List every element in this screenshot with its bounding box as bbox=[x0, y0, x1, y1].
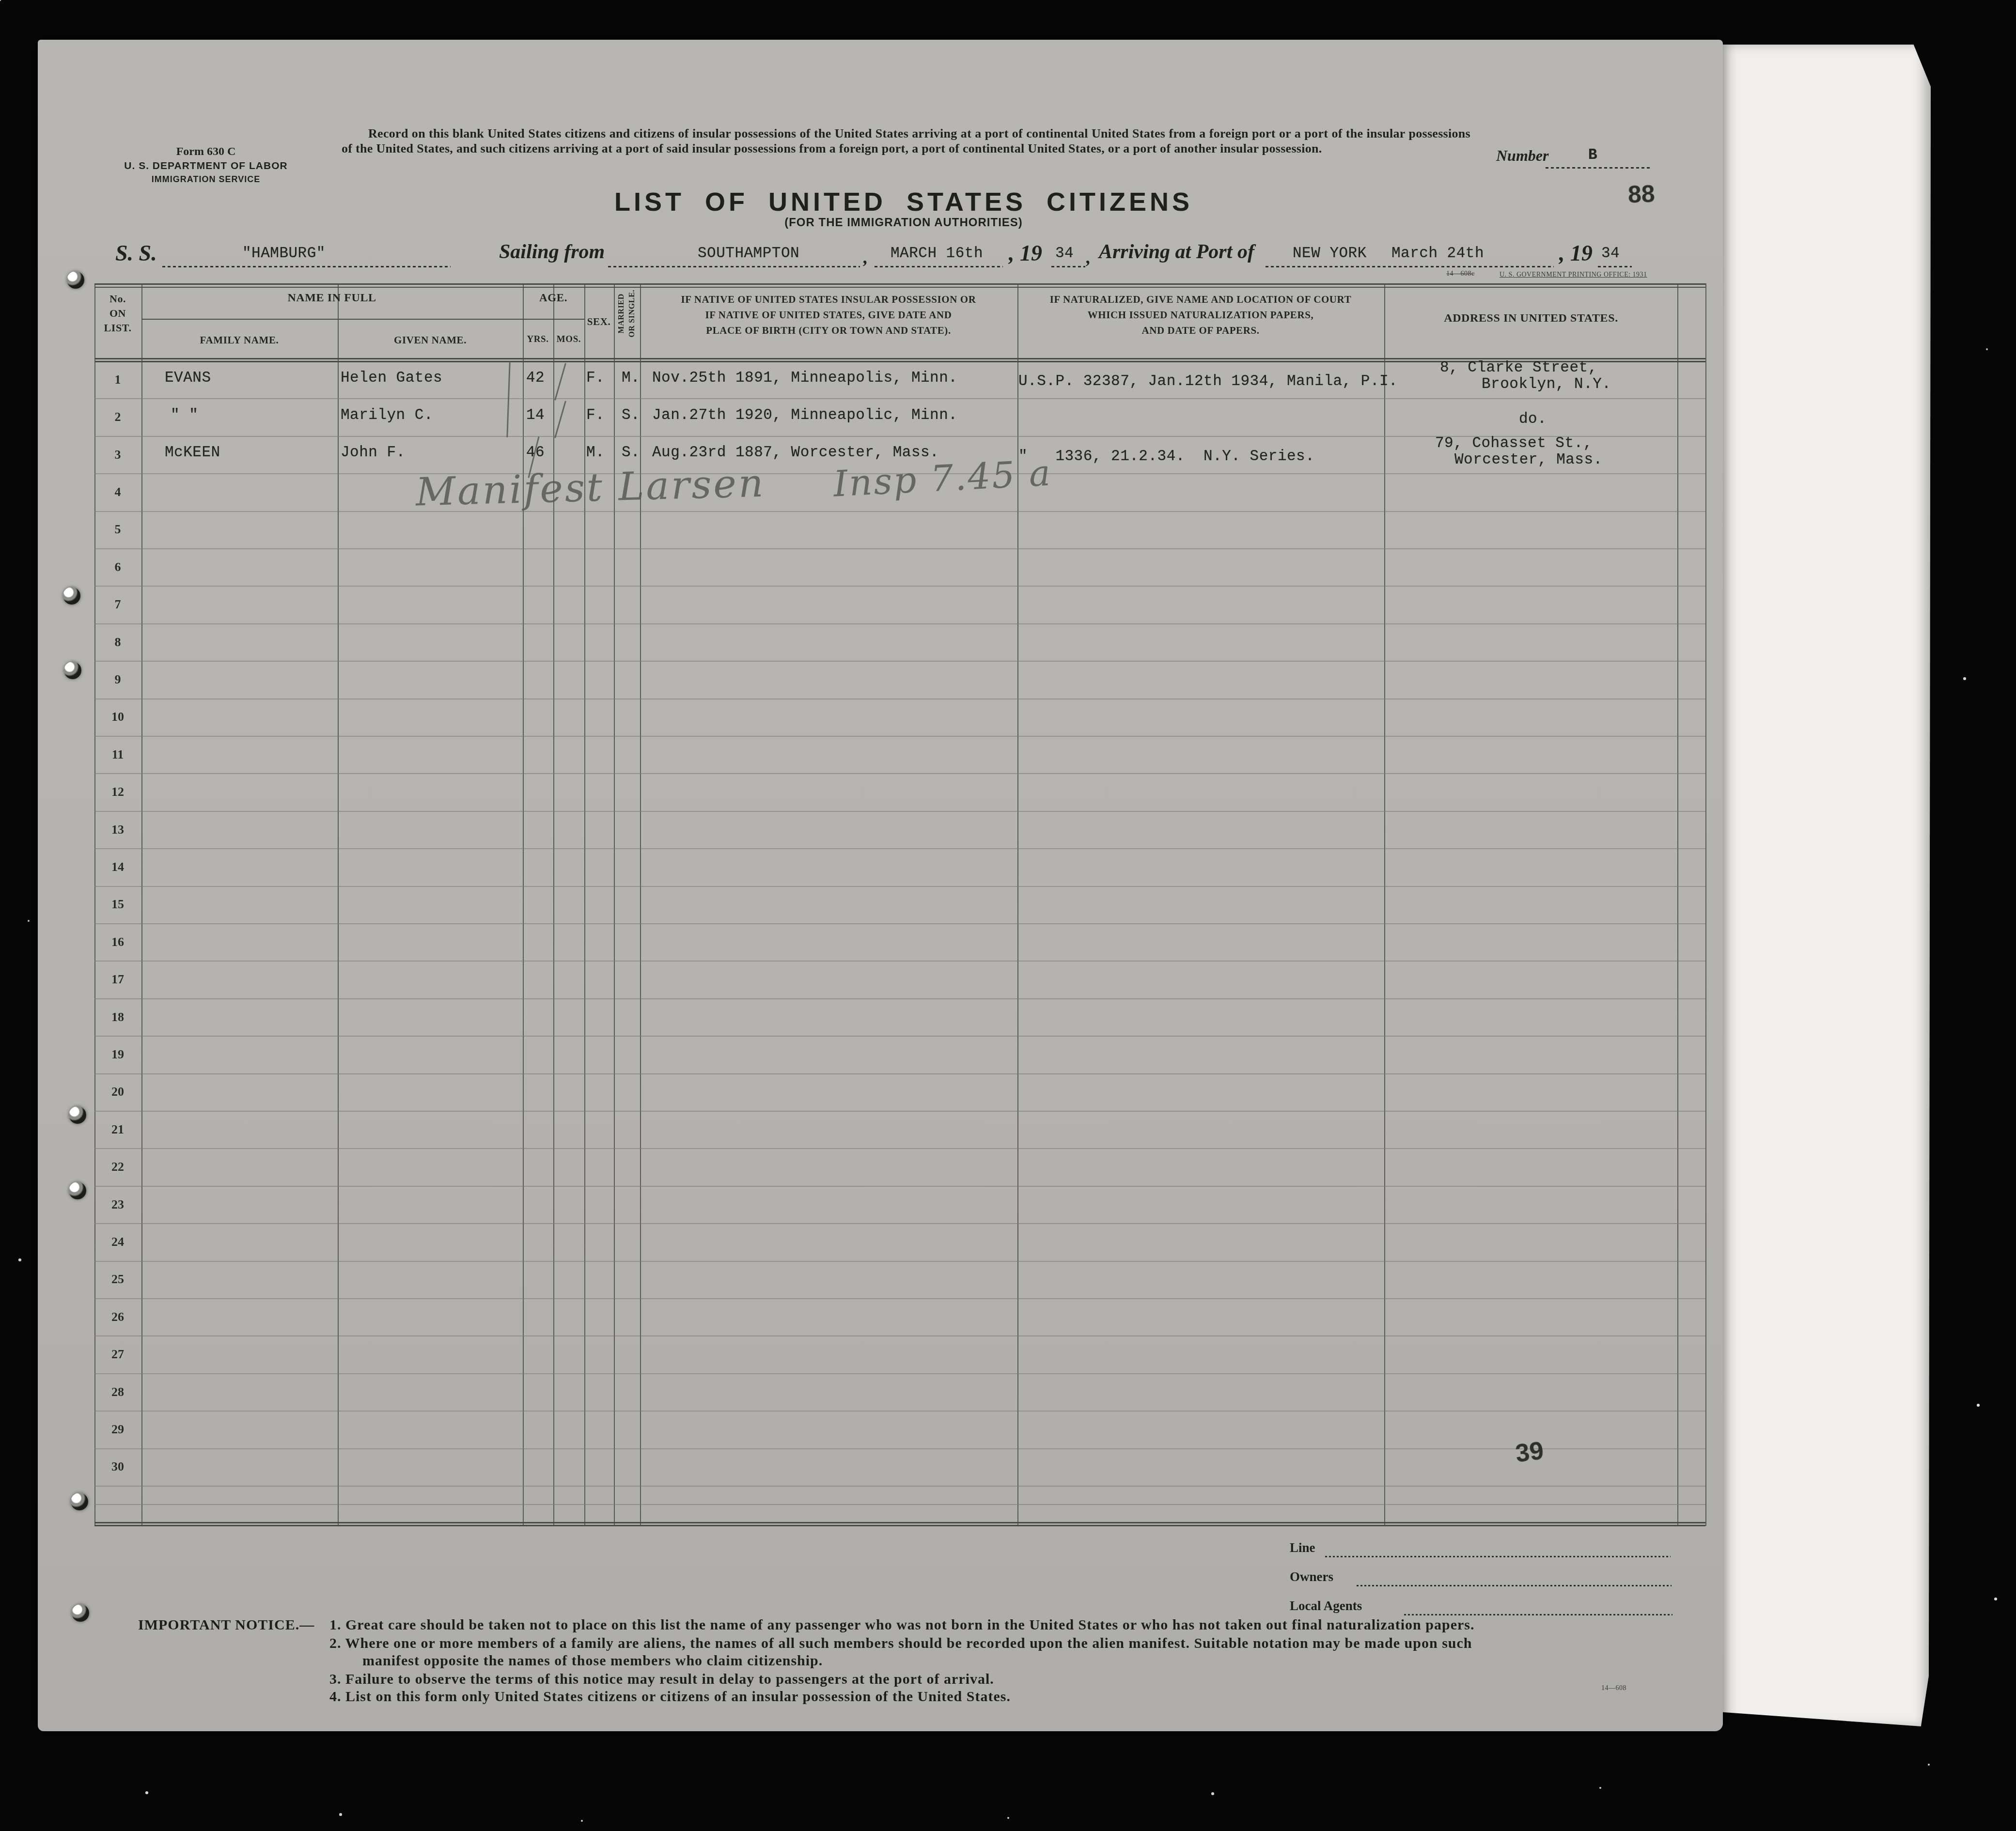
sailing-date-line bbox=[875, 266, 1003, 267]
row-number-2: 2 bbox=[115, 410, 121, 424]
instructions-paragraph: Record on this blank United States citiz… bbox=[342, 126, 1470, 156]
table-rule-4 bbox=[94, 1522, 1705, 1523]
row-number-14: 14 bbox=[111, 860, 124, 874]
local-agents-field-dotted bbox=[1404, 1614, 1672, 1615]
sailing-year: 34 bbox=[1055, 245, 1074, 262]
col-header-name-in-full: NAME IN FULL bbox=[287, 292, 376, 305]
row-number-8: 8 bbox=[115, 635, 121, 650]
arrival-year: 34 bbox=[1601, 245, 1620, 262]
year-printed-2: , 19 bbox=[1559, 240, 1593, 266]
col-header-no-2: ON bbox=[109, 307, 126, 320]
number-dotted-line bbox=[1546, 167, 1650, 169]
col-line-10 bbox=[1677, 283, 1678, 1526]
col-header-family-name: FAMILY NAME. bbox=[200, 334, 279, 346]
row-number-4: 4 bbox=[115, 485, 121, 499]
line-field-dotted bbox=[1325, 1556, 1671, 1557]
row-number-24: 24 bbox=[111, 1235, 124, 1249]
row-rule-15 bbox=[94, 923, 1705, 924]
p3-married-single: S. bbox=[622, 444, 640, 461]
p1-sex: F. bbox=[586, 370, 605, 387]
col-header-age: AGE. bbox=[539, 292, 567, 304]
number-value: B bbox=[1588, 147, 1597, 164]
col-line-0 bbox=[94, 283, 95, 1526]
p3-birth: Aug.23rd 1887, Worcester, Mass. bbox=[652, 444, 939, 461]
notice-item-2: 2. Where one or more members of a family… bbox=[329, 1635, 1472, 1652]
notice-item-1: 1. Great care should be taken not to pla… bbox=[329, 1617, 1474, 1633]
row-rule-21 bbox=[94, 1148, 1705, 1149]
row-number-7: 7 bbox=[115, 597, 121, 612]
p1-married-single: M. bbox=[622, 370, 640, 387]
p3-sex: M. bbox=[586, 444, 605, 461]
row-number-17: 17 bbox=[111, 972, 124, 987]
year-printed-1: , 19 bbox=[1009, 240, 1042, 266]
row-number-30: 30 bbox=[111, 1459, 124, 1474]
row-number-27: 27 bbox=[111, 1347, 124, 1362]
p1-address-line2: Brooklyn, N.Y. bbox=[1482, 376, 1611, 393]
row-rule-29 bbox=[94, 1448, 1705, 1449]
p1-age-yrs: 42 bbox=[526, 370, 545, 387]
row-number-23: 23 bbox=[111, 1197, 124, 1212]
row-number-5: 5 bbox=[115, 522, 121, 537]
number-label: Number bbox=[1496, 147, 1548, 165]
row-rule-22 bbox=[94, 1186, 1705, 1187]
row-number-20: 20 bbox=[111, 1085, 124, 1099]
page-subtitle: (FOR THE IMMIGRATION AUTHORITIES) bbox=[533, 216, 1274, 230]
comma-1: , bbox=[863, 247, 868, 268]
p1-birth: Nov.25th 1891, Minneapolis, Minn. bbox=[652, 370, 957, 387]
row-number-16: 16 bbox=[111, 935, 124, 949]
form-number: Form 630 C bbox=[141, 145, 271, 158]
row-rule-16 bbox=[94, 961, 1705, 962]
punch-hole-5 bbox=[69, 1182, 86, 1199]
row-rule-25 bbox=[94, 1298, 1705, 1299]
row-number-13: 13 bbox=[111, 822, 124, 837]
row-rule-18 bbox=[94, 1036, 1705, 1037]
dust-specks bbox=[0, 0, 1, 1]
row-rule-17 bbox=[94, 998, 1705, 999]
row-number-10: 10 bbox=[111, 710, 124, 724]
col-header-yrs: YRS. bbox=[527, 334, 548, 345]
row-rule-28 bbox=[94, 1411, 1705, 1412]
row-number-1: 1 bbox=[115, 372, 121, 387]
row-rule-6 bbox=[94, 586, 1705, 587]
col-header-married-single: MARRIED OR SINGLE. bbox=[616, 290, 638, 337]
sailing-date: MARCH 16th bbox=[891, 245, 983, 262]
row-number-3: 3 bbox=[115, 448, 121, 462]
row-rule-30 bbox=[94, 1486, 1705, 1487]
p2-given-name: Marilyn C. bbox=[341, 407, 433, 424]
ship-name: "HAMBURG" bbox=[242, 245, 326, 262]
p3-address-line1: 79, Cohasset St., bbox=[1435, 435, 1593, 452]
sailing-year-line bbox=[1051, 266, 1085, 267]
row-rule-11 bbox=[94, 773, 1705, 774]
print-code-note: 14—608c bbox=[1446, 270, 1475, 278]
row-rule-12 bbox=[94, 811, 1705, 812]
sailing-from-label: Sailing from bbox=[499, 240, 605, 264]
comma-2: , bbox=[1086, 247, 1091, 268]
row-number-21: 21 bbox=[111, 1122, 124, 1137]
table-rule-1 bbox=[94, 287, 1705, 288]
col-header-birth-3: PLACE OF BIRTH (CITY OR TOWN AND STATE). bbox=[706, 325, 951, 337]
departure-port: SOUTHAMPTON bbox=[698, 245, 799, 262]
subheader-divider bbox=[141, 319, 584, 320]
table-rule-0 bbox=[94, 283, 1705, 285]
punch-hole-2 bbox=[63, 587, 80, 605]
scanned-document: Form 630 C U. S. DEPARTMENT OF LABOR IMM… bbox=[0, 0, 2016, 1831]
punch-hole-4 bbox=[69, 1106, 86, 1124]
row-number-12: 12 bbox=[111, 785, 124, 799]
row-rule-extra bbox=[94, 1504, 1705, 1505]
local-agents-field-label: Local Agents bbox=[1290, 1598, 1362, 1614]
row-number-15: 15 bbox=[111, 897, 124, 912]
row-rule-13 bbox=[94, 848, 1705, 849]
row-rule-9 bbox=[94, 698, 1705, 699]
row-rule-14 bbox=[94, 886, 1705, 887]
p2-sex: F. bbox=[586, 407, 605, 424]
row-rule-19 bbox=[94, 1073, 1705, 1074]
col-header-given-name: GIVEN NAME. bbox=[394, 334, 467, 346]
col-header-no-1: No. bbox=[109, 293, 126, 305]
col-line-2 bbox=[338, 283, 339, 1526]
row-rule-24 bbox=[94, 1261, 1705, 1262]
p2-family-name: " " bbox=[171, 407, 198, 424]
page-number-stamp: 88 bbox=[1627, 180, 1656, 209]
p2-married-single: S. bbox=[622, 407, 640, 424]
arrival-year-line bbox=[1598, 266, 1632, 267]
col-header-naturalized-1: IF NATURALIZED, GIVE NAME AND LOCATION O… bbox=[1050, 294, 1352, 306]
col-header-sex: SEX. bbox=[587, 316, 611, 328]
arrival-port-line bbox=[1266, 266, 1554, 267]
row-number-25: 25 bbox=[111, 1272, 124, 1287]
department-name: U. S. DEPARTMENT OF LABOR bbox=[111, 160, 300, 172]
p1-naturalization: U.S.P. 32387, Jan.12th 1934, Manila, P.I… bbox=[1018, 373, 1398, 390]
punch-hole-6 bbox=[71, 1493, 88, 1510]
p1-family-name: EVANS bbox=[165, 370, 211, 387]
ss-label: S. S. bbox=[115, 240, 157, 266]
row-number-28: 28 bbox=[111, 1385, 124, 1399]
row-rule-26 bbox=[94, 1335, 1705, 1336]
col-header-naturalized-2: WHICH ISSUED NATURALIZATION PAPERS, bbox=[1088, 309, 1314, 321]
row-rule-27 bbox=[94, 1373, 1705, 1374]
row-number-26: 26 bbox=[111, 1310, 124, 1324]
p3-address-line2: Worcester, Mass. bbox=[1454, 451, 1603, 468]
table-rule-5 bbox=[94, 1525, 1705, 1526]
notice-item-3: 3. Failure to observe the terms of this … bbox=[329, 1671, 994, 1688]
p2-age-yrs: 14 bbox=[526, 407, 545, 424]
row-rule-23 bbox=[94, 1223, 1705, 1224]
owners-field-dotted bbox=[1357, 1585, 1672, 1586]
col-line-1 bbox=[141, 283, 142, 1526]
col-line-9 bbox=[1384, 283, 1385, 1526]
p2-birth: Jan.27th 1920, Minneapolic, Minn. bbox=[652, 407, 957, 424]
footer-print-code: 14—608 bbox=[1601, 1685, 1626, 1692]
p1-address-line1: 8, Clarke Street, bbox=[1440, 359, 1597, 376]
p1-given-name: Helen Gates bbox=[341, 370, 442, 387]
notice-item-2-cont: manifest opposite the names of those mem… bbox=[362, 1653, 823, 1669]
line-field-label: Line bbox=[1290, 1540, 1315, 1555]
row-number-11: 11 bbox=[112, 747, 124, 762]
row-rule-20 bbox=[94, 1111, 1705, 1112]
notice-item-4: 4. List on this form only United States … bbox=[329, 1689, 1011, 1705]
row-number-18: 18 bbox=[111, 1010, 124, 1024]
row-number-29: 29 bbox=[111, 1422, 124, 1437]
row-rule-10 bbox=[94, 736, 1705, 737]
service-name: IMMIGRATION SERVICE bbox=[111, 174, 300, 185]
arrival-port: NEW YORK bbox=[1293, 245, 1367, 262]
punch-hole-7 bbox=[72, 1604, 89, 1622]
col-header-naturalized-3: AND DATE OF PAPERS. bbox=[1141, 325, 1259, 337]
col-header-birth-1: IF NATIVE OF UNITED STATES INSULAR POSSE… bbox=[681, 294, 976, 306]
col-line-11 bbox=[1705, 283, 1706, 1526]
owners-field-label: Owners bbox=[1290, 1569, 1333, 1584]
p2-address-line1: do. bbox=[1519, 411, 1547, 428]
row-number-19: 19 bbox=[111, 1047, 124, 1062]
punch-hole-1 bbox=[67, 271, 84, 289]
row-rule-1 bbox=[94, 398, 1705, 399]
punch-hole-3 bbox=[64, 662, 81, 679]
departure-port-line bbox=[608, 266, 860, 267]
row-rule-5 bbox=[94, 548, 1705, 549]
notice-label: IMPORTANT NOTICE.— bbox=[138, 1617, 314, 1633]
arrival-date: March 24th bbox=[1391, 245, 1484, 262]
col-header-mos: MOS. bbox=[557, 334, 581, 345]
row-number-6: 6 bbox=[115, 560, 121, 574]
row-rule-4 bbox=[94, 511, 1705, 512]
p3-naturalization: " 1336, 21.2.34. N.Y. Series. bbox=[1018, 448, 1314, 465]
row-rule-7 bbox=[94, 623, 1705, 624]
ship-name-line bbox=[162, 266, 451, 267]
sheet-count-stamp: 39 bbox=[1514, 1436, 1546, 1469]
p3-given-name: John F. bbox=[341, 444, 406, 461]
col-header-no-3: LIST. bbox=[104, 322, 131, 334]
arriving-label: Arriving at Port of bbox=[1099, 240, 1254, 264]
col-header-birth-2: IF NATIVE OF UNITED STATES, GIVE DATE AN… bbox=[705, 309, 952, 321]
p3-family-name: McKEEN bbox=[165, 444, 220, 461]
row-number-9: 9 bbox=[115, 672, 121, 687]
col-header-address: ADDRESS IN UNITED STATES. bbox=[1444, 312, 1618, 325]
row-number-22: 22 bbox=[111, 1160, 124, 1174]
row-rule-8 bbox=[94, 661, 1705, 662]
page-title: LIST OF UNITED STATES CITIZENS bbox=[533, 187, 1274, 217]
handwritten-note-left: Manifest Larsen bbox=[415, 461, 766, 515]
printing-office-note: U. S. GOVERNMENT PRINTING OFFICE: 1931 bbox=[1500, 271, 1647, 279]
